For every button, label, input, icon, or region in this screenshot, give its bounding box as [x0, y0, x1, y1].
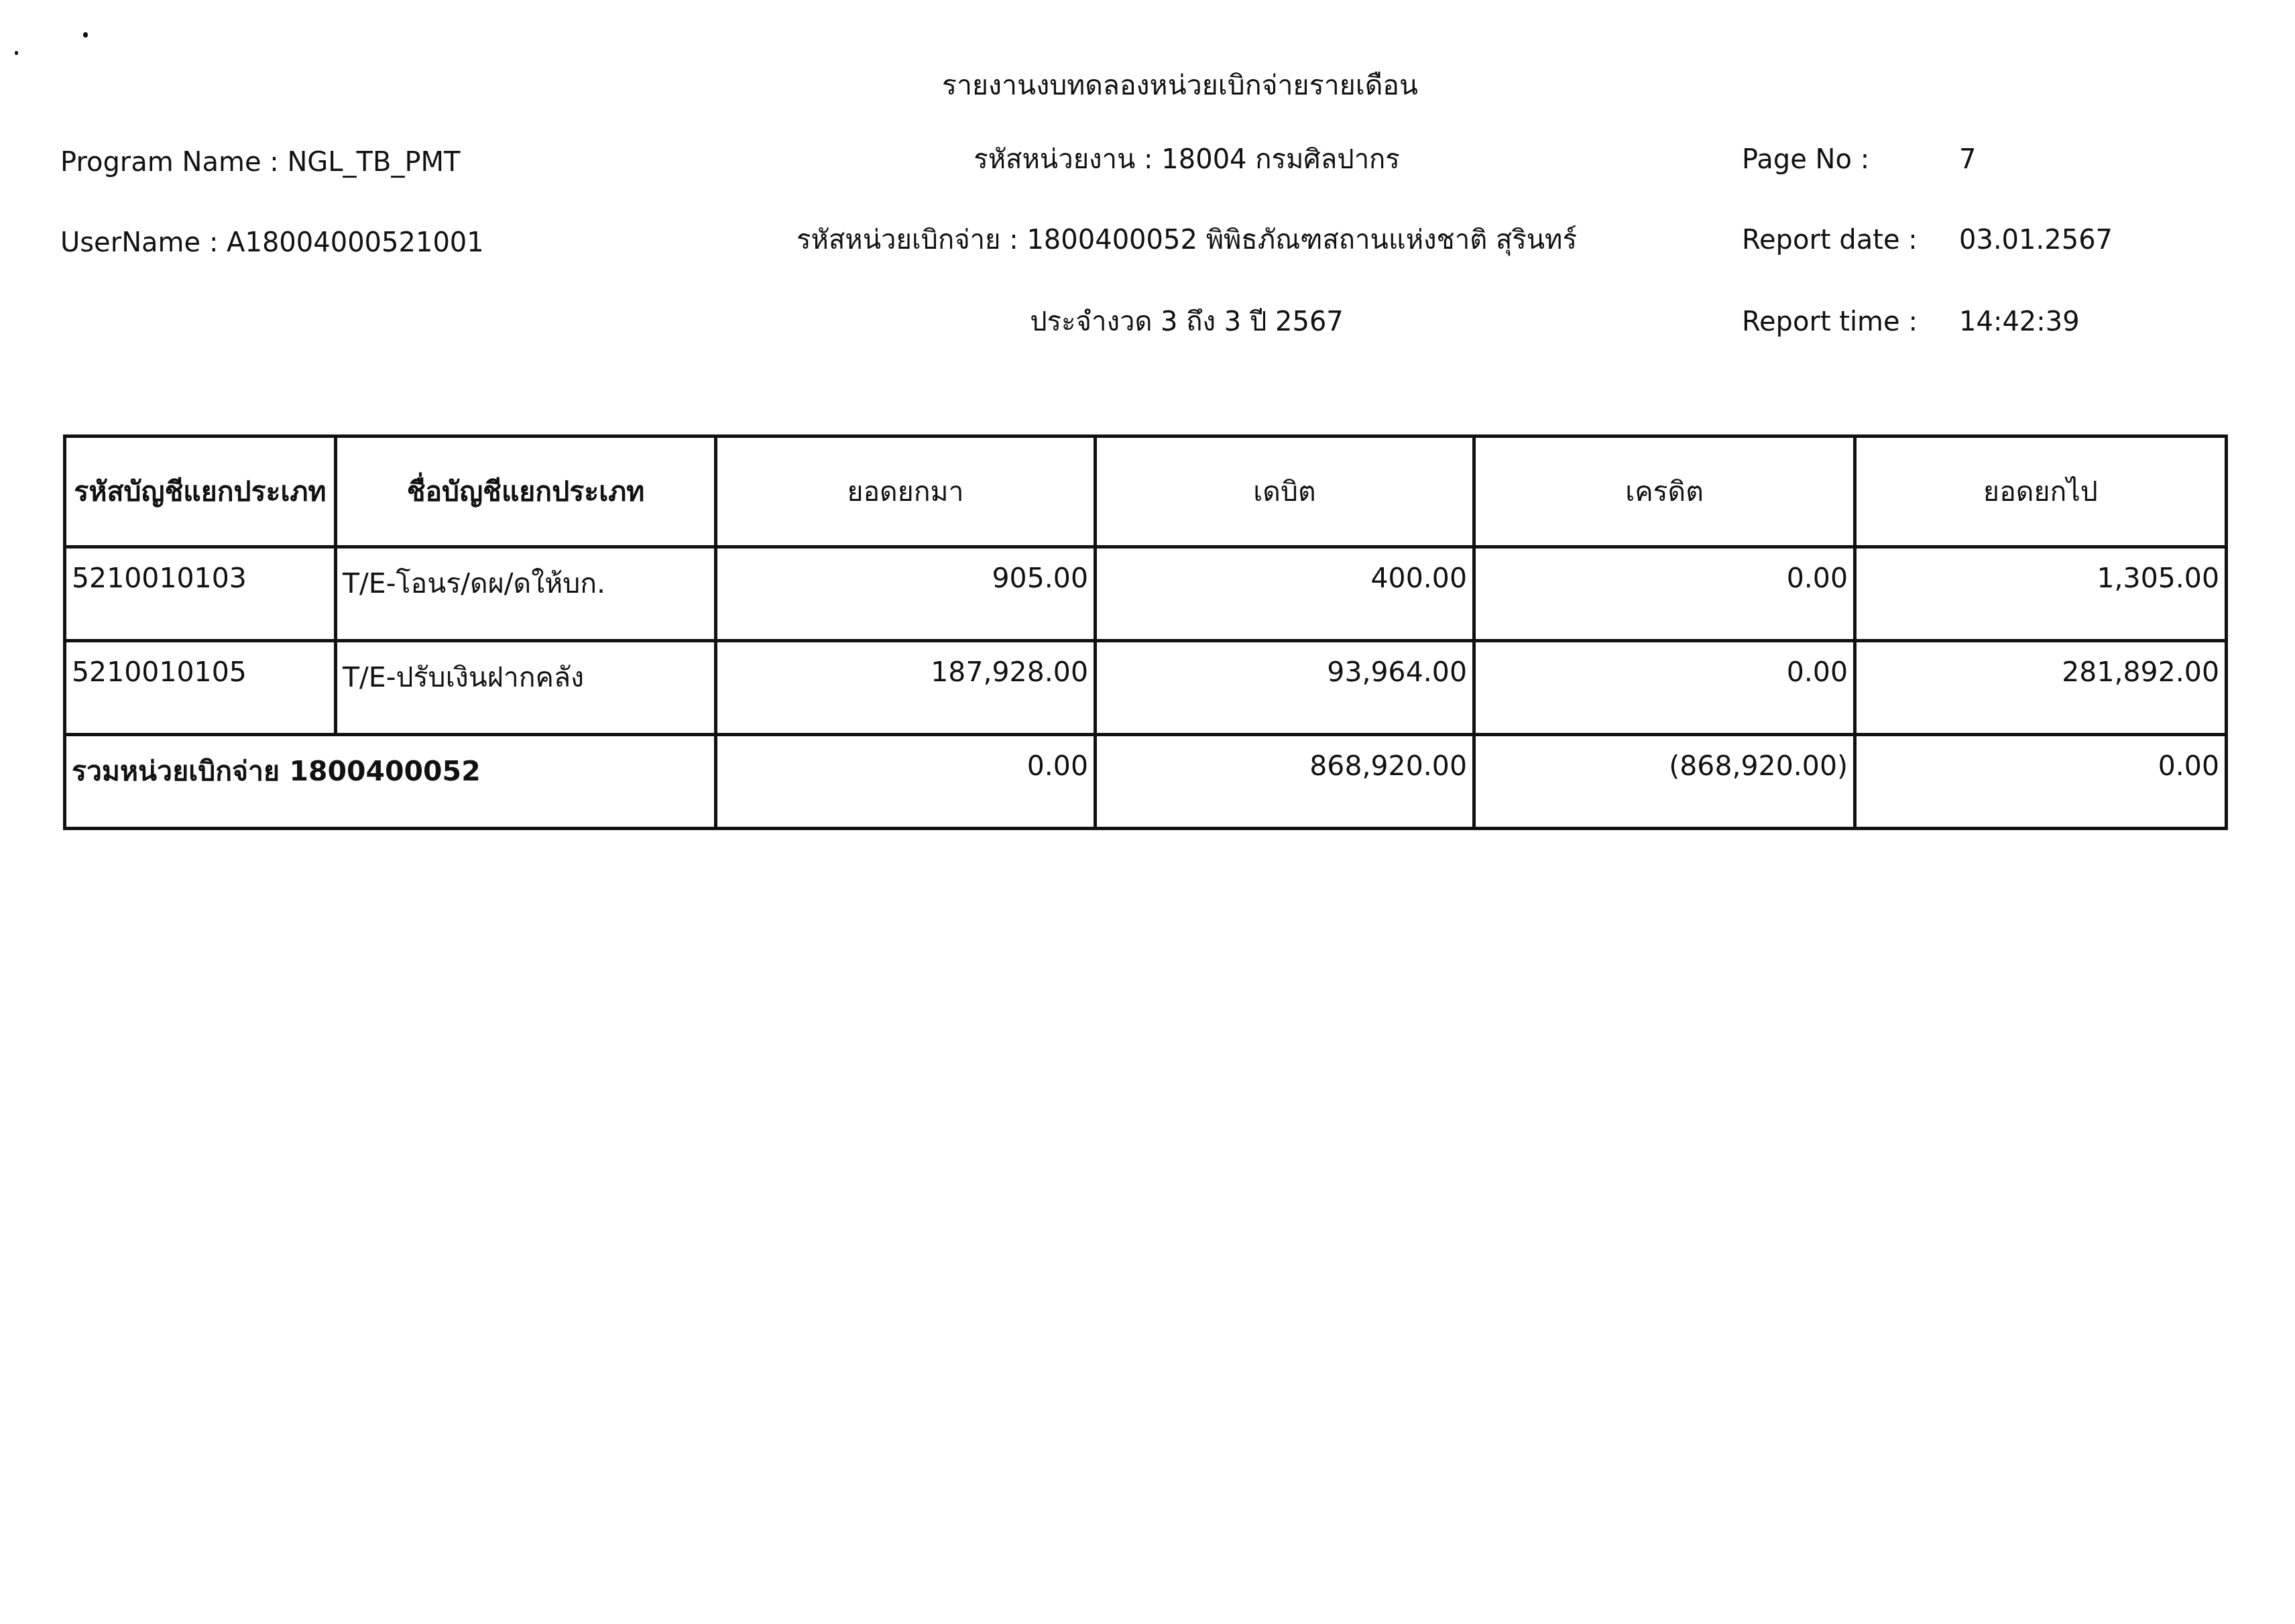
table-header-row: รหัสบัญชีแยกประเภท ชื่อบัญชีแยกประเภท ยอ… [65, 437, 2227, 547]
program-name: Program Name : NGL_TB_PMT [60, 149, 461, 176]
col-header-brought-forward: ยอดยกมา [716, 437, 1096, 547]
carried-forward-cell: 281,892.00 [1855, 641, 2227, 735]
total-credit: (868,920.00) [1474, 735, 1855, 829]
account-name-cell: T/E-ปรับเงินฝากคลัง [336, 641, 716, 735]
col-header-account-code: รหัสบัญชีแยกประเภท [65, 437, 336, 547]
debit-cell: 400.00 [1096, 547, 1474, 641]
report-title: รายงานงบทดลองหน่วยเบิกจ่ายรายเดือน [942, 64, 1418, 107]
total-carried-forward: 0.00 [1855, 735, 2227, 829]
report-time-label: Report time : [1742, 308, 1918, 335]
carried-forward-cell: 1,305.00 [1855, 547, 2227, 641]
credit-cell: 0.00 [1474, 547, 1855, 641]
total-label: รวมหน่วยเบิกจ่าย 1800400052 [65, 735, 716, 829]
report-time: 14:42:39 [1959, 308, 2080, 335]
total-brought-forward: 0.00 [716, 735, 1096, 829]
col-header-debit: เดบิต [1096, 437, 1474, 547]
brought-forward-cell: 187,928.00 [716, 641, 1096, 735]
col-header-credit: เครดิต [1474, 437, 1855, 547]
agency-code: รหัสหน่วยงาน : 18004 กรมศิลปากร [974, 146, 1400, 173]
table-row: 5210010105 T/E-ปรับเงินฝากคลัง 187,928.0… [65, 641, 2227, 735]
username: UserName : A18004000521001 [60, 229, 484, 256]
debit-cell: 93,964.00 [1096, 641, 1474, 735]
col-header-carried-forward: ยอดยกไป [1855, 437, 2227, 547]
brought-forward-cell: 905.00 [716, 547, 1096, 641]
page-no: 7 [1959, 146, 1976, 173]
trial-balance-table: รหัสบัญชีแยกประเภท ชื่อบัญชีแยกประเภท ยอ… [63, 434, 2228, 830]
account-name-cell: T/E-โอนร/ดผ/ดให้บก. [336, 547, 716, 641]
report-date-label: Report date : [1742, 227, 1918, 253]
report-date: 03.01.2567 [1959, 227, 2113, 253]
table-row: 5210010103 T/E-โอนร/ดผ/ดให้บก. 905.00 40… [65, 547, 2227, 641]
col-header-account-name: ชื่อบัญชีแยกประเภท [336, 437, 716, 547]
page-no-label: Page No : [1742, 146, 1869, 173]
disbursement-unit: รหัสหน่วยเบิกจ่าย : 1800400052 พิพิธภัณฑ… [797, 227, 1577, 253]
account-code-cell: 5210010105 [65, 641, 336, 735]
scan-speck [15, 51, 18, 55]
credit-cell: 0.00 [1474, 641, 1855, 735]
account-code-cell: 5210010103 [65, 547, 336, 641]
scan-speck [83, 32, 88, 38]
table-total-row: รวมหน่วยเบิกจ่าย 1800400052 0.00 868,920… [65, 735, 2227, 829]
report-period: ประจำงวด 3 ถึง 3 ปี 2567 [1030, 308, 1344, 335]
total-debit: 868,920.00 [1096, 735, 1474, 829]
